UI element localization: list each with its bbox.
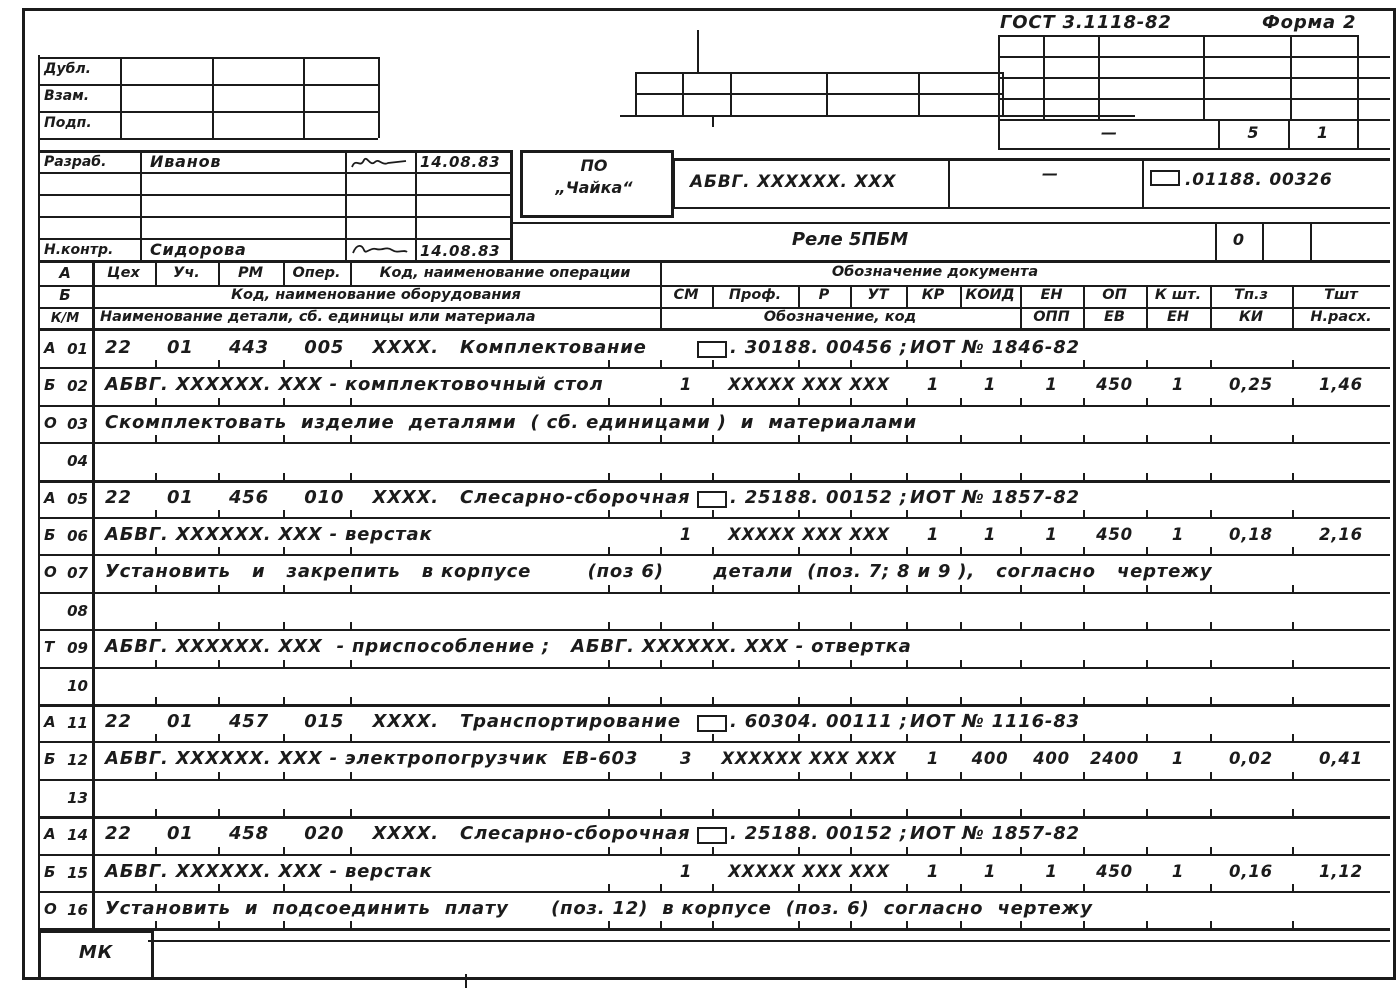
row-number: 13 xyxy=(56,789,88,807)
table-row: Б12АБВГ. ХХХХХХ. ХХХ - электропогрузчик … xyxy=(38,741,1390,781)
value-cell: 1 xyxy=(960,375,1020,394)
tick-mark xyxy=(798,921,800,929)
rule-line xyxy=(38,150,510,153)
checker-role-label: Н.контр. xyxy=(44,242,113,258)
col-tseh: Цех xyxy=(92,264,155,283)
tick-mark xyxy=(712,921,714,929)
table-row: 10 xyxy=(38,667,1390,707)
row-type: Б xyxy=(44,526,55,544)
value-cell: 0,41 xyxy=(1292,749,1390,768)
rule-line xyxy=(120,57,122,138)
rule-line xyxy=(345,150,347,260)
tick-mark xyxy=(850,921,852,929)
developer-date: 14.08.83 xyxy=(420,153,500,171)
value-cell: 450 xyxy=(1083,375,1146,394)
tick-mark xyxy=(960,921,962,929)
value-cell: 1 xyxy=(906,525,960,544)
tick-mark xyxy=(350,921,352,929)
row-number: 07 xyxy=(56,564,88,582)
value-cell: 1 xyxy=(1146,375,1210,394)
doc-code: . 25188. 00152 ; xyxy=(730,486,908,510)
row-type: О xyxy=(44,563,57,581)
col-en2: ЕН xyxy=(1146,308,1210,327)
row-type: О xyxy=(44,900,57,918)
rule-line xyxy=(1142,158,1144,207)
table-row: Б15АБВГ. ХХХХХХ. ХХХ - верстак1ХХХХХ ХХХ… xyxy=(38,854,1390,893)
value-cell: 1 xyxy=(906,375,960,394)
rule-line xyxy=(798,285,800,307)
col-sm: СМ xyxy=(660,286,712,305)
row-type: А xyxy=(44,825,56,843)
row-type: А xyxy=(44,489,56,507)
tick-mark xyxy=(283,921,285,929)
rule-line xyxy=(38,216,510,218)
rule-line xyxy=(998,77,1390,79)
doc-iot: ИОТ № 1857-82 xyxy=(910,486,1080,510)
tick-mark xyxy=(1083,921,1085,929)
table-row: О07Установить и закрепить в корпусе (поз… xyxy=(38,554,1390,594)
rule-line xyxy=(38,194,510,196)
col-document-designation: Обозначение документа xyxy=(660,263,1210,282)
value-cell: 1 xyxy=(1020,862,1083,881)
value-cell: 400 xyxy=(1020,749,1083,768)
rule-line xyxy=(672,207,1390,209)
document-code-cell: .01188. 00326 xyxy=(1150,170,1333,190)
rule-line xyxy=(38,307,1390,309)
rule-line xyxy=(510,150,513,260)
tick-mark xyxy=(660,921,662,929)
checker-date: 14.08.83 xyxy=(420,242,500,260)
developer-role-label: Разраб. xyxy=(44,154,106,170)
rule-line xyxy=(38,138,378,140)
product-name: Реле 5ПБМ xyxy=(700,230,1000,249)
value-cell: 1 xyxy=(906,862,960,881)
rule-line xyxy=(660,261,662,330)
table-row: 13 xyxy=(38,779,1390,819)
row-number: 09 xyxy=(56,639,88,657)
col-koid: КОИД xyxy=(960,286,1020,305)
tick-mark xyxy=(1020,921,1022,929)
rule-line xyxy=(998,56,1390,58)
rule-line xyxy=(38,84,378,86)
doc-box-glyph xyxy=(697,715,727,732)
rule-line xyxy=(140,150,142,260)
row-type: Т xyxy=(44,638,54,656)
rule-line xyxy=(998,35,1357,37)
rule-line xyxy=(697,30,699,72)
tick-mark xyxy=(1292,921,1294,929)
tick-mark xyxy=(218,921,220,929)
table-row: Т09АБВГ. ХХХХХХ. ХХХ - приспособление ; … xyxy=(38,629,1390,669)
rule-line xyxy=(212,57,214,138)
col-r: Р xyxy=(798,286,850,305)
rule-line xyxy=(998,98,1390,100)
designation-dash: — xyxy=(1010,164,1090,183)
value-cell: 1 xyxy=(960,525,1020,544)
doc-iot: ИОТ № 1846-82 xyxy=(910,336,1080,360)
table-row: А1122 01 457 015 ХХХХ. Транспортирование… xyxy=(38,704,1390,743)
row-type: Б xyxy=(44,376,55,394)
rule-line xyxy=(1357,35,1359,148)
row-type-km-label: К/М xyxy=(38,309,92,328)
col-part-name: Наименование детали, сб. единицы или мат… xyxy=(100,308,536,327)
row-type: Б xyxy=(44,863,55,881)
mk-document-type: МК xyxy=(38,930,154,980)
rule-line xyxy=(635,93,1002,95)
value-cell: 1 xyxy=(906,749,960,768)
rule-line xyxy=(350,261,352,285)
developer-name: Иванов xyxy=(150,152,221,171)
rule-line xyxy=(148,940,1390,942)
rule-line xyxy=(38,285,1390,287)
row-number: 06 xyxy=(56,527,88,545)
row-text: АБВГ. ХХХХХХ. ХХХ - приспособление ; АБВ… xyxy=(105,635,912,659)
tick-mark xyxy=(1210,921,1212,929)
rule-line xyxy=(998,119,1390,121)
row-number: 16 xyxy=(56,901,88,919)
rule-line xyxy=(38,111,378,113)
value-cell: 3 xyxy=(660,749,712,768)
col-tsht: Тшт xyxy=(1292,286,1390,305)
document-code: .01188. 00326 xyxy=(1185,170,1333,190)
table-row: 08 xyxy=(38,592,1390,631)
doc-code: . 25188. 00152 ; xyxy=(730,822,908,846)
rule-line xyxy=(465,974,467,988)
tick-mark xyxy=(906,921,908,929)
value-cell: ХХХХХ ХХХ ХХХ xyxy=(712,525,906,544)
rule-line xyxy=(38,238,510,240)
value-cell: 1,46 xyxy=(1292,375,1390,394)
organization-line2: „Чайка“ xyxy=(520,178,668,197)
col-ev: ЕВ xyxy=(1083,308,1146,327)
route-card-sheet: ГОСТ 3.1118-82 Форма 2 — 5 1 Дубл. Взам.… xyxy=(0,0,1396,988)
row-text: 22 01 456 010 ХХХХ. Слесарно-сборочная xyxy=(105,486,690,510)
row-number: 03 xyxy=(56,415,88,433)
value-cell: 1 xyxy=(660,375,712,394)
row-number: 02 xyxy=(56,377,88,395)
table-row: О16Установить и подсоединить плату (поз.… xyxy=(38,891,1390,931)
col-equipment-name: Код, наименование оборудования xyxy=(92,286,660,305)
stamp-podp-label: Подп. xyxy=(44,115,92,131)
value-cell: ХХХХХ ХХХ ХХХ xyxy=(712,375,906,394)
row-type-a-label: А xyxy=(38,264,92,283)
row-text: 22 01 457 015 ХХХХ. Транспортирование xyxy=(105,710,681,734)
signature-razrab xyxy=(350,154,410,172)
col-uch: Уч. xyxy=(155,264,218,283)
value-cell: 2400 xyxy=(1083,749,1146,768)
rule-line xyxy=(1262,222,1264,260)
stamp-dubl-label: Дубл. xyxy=(44,61,91,77)
doc-code: . 60304. 00111 ; xyxy=(730,710,908,734)
rule-line xyxy=(1310,222,1312,260)
col-oper: Опер. xyxy=(283,264,350,283)
value-cell: 400 xyxy=(960,749,1020,768)
rule-line xyxy=(635,72,1002,74)
value-cell: 450 xyxy=(1083,525,1146,544)
rule-line xyxy=(620,115,1135,117)
value-cell: 1 xyxy=(1146,749,1210,768)
row-type: А xyxy=(44,713,56,731)
value-cell: 1 xyxy=(660,862,712,881)
doc-box-glyph xyxy=(697,341,727,358)
row-text: 22 01 458 020 ХХХХ. Слесарно-сборочная xyxy=(105,822,690,846)
col-en: ЕН xyxy=(1020,286,1083,305)
rule-line xyxy=(960,285,962,307)
rule-line xyxy=(1288,119,1290,148)
row-text: АБВГ. ХХХХХХ. ХХХ - электропогрузчик ЕВ-… xyxy=(105,747,638,771)
rule-line xyxy=(850,285,852,307)
value-cell: 0,16 xyxy=(1210,862,1292,881)
table-row: О03Скомплектовать изделие деталями ( сб.… xyxy=(38,405,1390,444)
row-number: 08 xyxy=(56,602,88,620)
sheet-dash-cell: — xyxy=(1000,123,1218,142)
col-nrash: Н.расх. xyxy=(1292,308,1390,327)
row-type: О xyxy=(44,414,57,432)
table-row: А0522 01 456 010 ХХХХ. Слесарно-сборочна… xyxy=(38,480,1390,519)
value-cell: 1 xyxy=(1020,525,1083,544)
rule-line xyxy=(906,285,908,307)
row-text: АБВГ. ХХХХХХ. ХХХ - верстак xyxy=(105,860,433,884)
rule-line xyxy=(38,172,510,174)
row-text: Скомплектовать изделие деталями ( сб. ед… xyxy=(105,411,917,435)
value-cell: 1,12 xyxy=(1292,862,1390,881)
col-kr: КР xyxy=(906,286,960,305)
value-cell: 450 xyxy=(1083,862,1146,881)
table-row: А1422 01 458 020 ХХХХ. Слесарно-сборочна… xyxy=(38,816,1390,856)
value-cell: ХХХХХХ ХХХ ХХХ xyxy=(712,749,906,768)
table-row: Б06АБВГ. ХХХХХХ. ХХХ - верстак1ХХХХХ ХХХ… xyxy=(38,517,1390,556)
doc-iot: ИОТ № 1857-82 xyxy=(910,822,1080,846)
row-number: 14 xyxy=(56,826,88,844)
value-cell: 2,16 xyxy=(1292,525,1390,544)
rule-line xyxy=(510,222,1390,224)
checker-name: Сидорова xyxy=(150,240,247,259)
value-cell: 0,18 xyxy=(1210,525,1292,544)
col-designation-code: Обозначение, код xyxy=(660,308,1020,327)
rule-line xyxy=(378,57,380,138)
row-number: 15 xyxy=(56,864,88,882)
col-opp: ОПП xyxy=(1020,308,1083,327)
tick-mark xyxy=(155,921,157,929)
row-number: 11 xyxy=(56,714,88,732)
rule-line xyxy=(672,158,1390,161)
tick-mark xyxy=(1146,921,1148,929)
table-row: 04 xyxy=(38,442,1390,483)
col-tpz: Тп.з xyxy=(1210,286,1292,305)
doc-box-glyph xyxy=(697,491,727,508)
row-type-b-label: Б xyxy=(38,286,92,305)
rule-line xyxy=(303,57,305,138)
row-number: 12 xyxy=(56,751,88,769)
stamp-vzam-label: Взам. xyxy=(44,88,89,104)
doc-iot: ИОТ № 1116-83 xyxy=(910,710,1080,734)
col-ki: КИ xyxy=(1210,308,1292,327)
sheet-number-cell: 1 xyxy=(1288,123,1357,142)
organization-line1: ПО xyxy=(520,156,668,175)
row-number: 01 xyxy=(56,340,88,358)
value-cell: 1 xyxy=(960,862,1020,881)
rule-line xyxy=(712,285,714,307)
document-designation: АБВГ. ХХХХХХ. ХХХ xyxy=(690,172,896,192)
col-op: ОП xyxy=(1083,286,1146,305)
row-text: Установить и подсоединить плату (поз. 12… xyxy=(105,897,1093,921)
row-number: 04 xyxy=(56,452,88,470)
page-zero-cell: 0 xyxy=(1215,230,1262,249)
col-rm: РМ xyxy=(218,264,283,283)
rule-line xyxy=(672,158,675,207)
col-ut: УТ xyxy=(850,286,906,305)
rule-line xyxy=(38,57,378,59)
rule-line xyxy=(415,150,417,260)
form-number-label: Форма 2 xyxy=(1262,12,1356,33)
value-cell: ХХХХХ ХХХ ХХХ xyxy=(712,862,906,881)
rule-line xyxy=(38,260,1390,263)
col-prof: Проф. xyxy=(712,286,798,305)
table-row: А0122 01 443 005 ХХХХ. Комплектование. 3… xyxy=(38,330,1390,369)
row-text: АБВГ. ХХХХХХ. ХХХ - комплектовочный стол xyxy=(105,373,603,397)
doc-box-glyph xyxy=(697,827,727,844)
col-operation-name: Код, наименование операции xyxy=(350,264,660,283)
rule-line xyxy=(998,148,1390,150)
code-box-glyph xyxy=(1150,170,1180,186)
value-cell: 1 xyxy=(1146,525,1210,544)
row-text: 22 01 443 005 ХХХХ. Комплектование xyxy=(105,336,647,360)
value-cell: 1 xyxy=(1020,375,1083,394)
rule-line xyxy=(948,158,950,207)
sheets-total-cell: 5 xyxy=(1218,123,1288,142)
value-cell: 0,02 xyxy=(1210,749,1292,768)
rule-line xyxy=(155,261,157,285)
rule-line xyxy=(998,35,1000,148)
tick-mark xyxy=(608,921,610,929)
row-text: АБВГ. ХХХХХХ. ХХХ - верстак xyxy=(105,523,433,547)
doc-code: . 30188. 00456 ; xyxy=(730,336,908,360)
gost-standard-label: ГОСТ 3.1118-82 xyxy=(1000,12,1172,33)
row-number: 10 xyxy=(56,677,88,695)
row-type: Б xyxy=(44,750,55,768)
signature-nkontr xyxy=(350,241,410,259)
value-cell: 1 xyxy=(1146,862,1210,881)
col-ksht: К шт. xyxy=(1146,286,1210,305)
row-number: 05 xyxy=(56,490,88,508)
rule-line xyxy=(218,261,220,285)
rule-line xyxy=(1218,119,1220,148)
rule-line xyxy=(1215,222,1217,260)
row-type: А xyxy=(44,339,56,357)
table-row: Б02АБВГ. ХХХХХХ. ХХХ - комплектовочный с… xyxy=(38,367,1390,407)
rule-line xyxy=(283,261,285,285)
value-cell: 0,25 xyxy=(1210,375,1292,394)
value-cell: 1 xyxy=(660,525,712,544)
row-text: Установить и закрепить в корпусе (поз 6)… xyxy=(105,560,1212,584)
